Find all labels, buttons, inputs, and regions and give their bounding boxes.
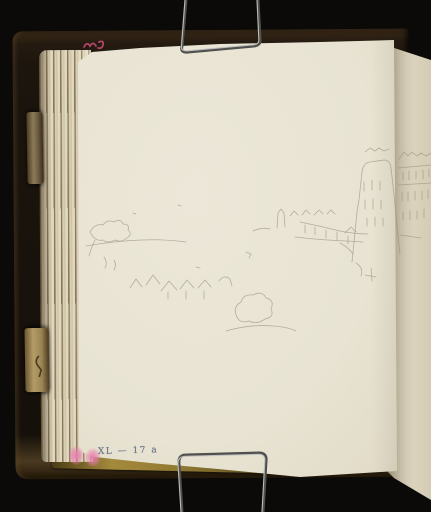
- photo-background: XL — 17 a: [0, 0, 431, 512]
- accession-stamp: XL — 17 a: [98, 445, 168, 463]
- red-ink-inscription: [81, 38, 109, 58]
- lower-brass-clasp: [24, 328, 49, 392]
- clasp-hook: [33, 354, 45, 380]
- pink-mark: [68, 446, 84, 465]
- stamp-label: XL — 17 a: [98, 445, 159, 457]
- upper-brass-clasp: [26, 112, 43, 184]
